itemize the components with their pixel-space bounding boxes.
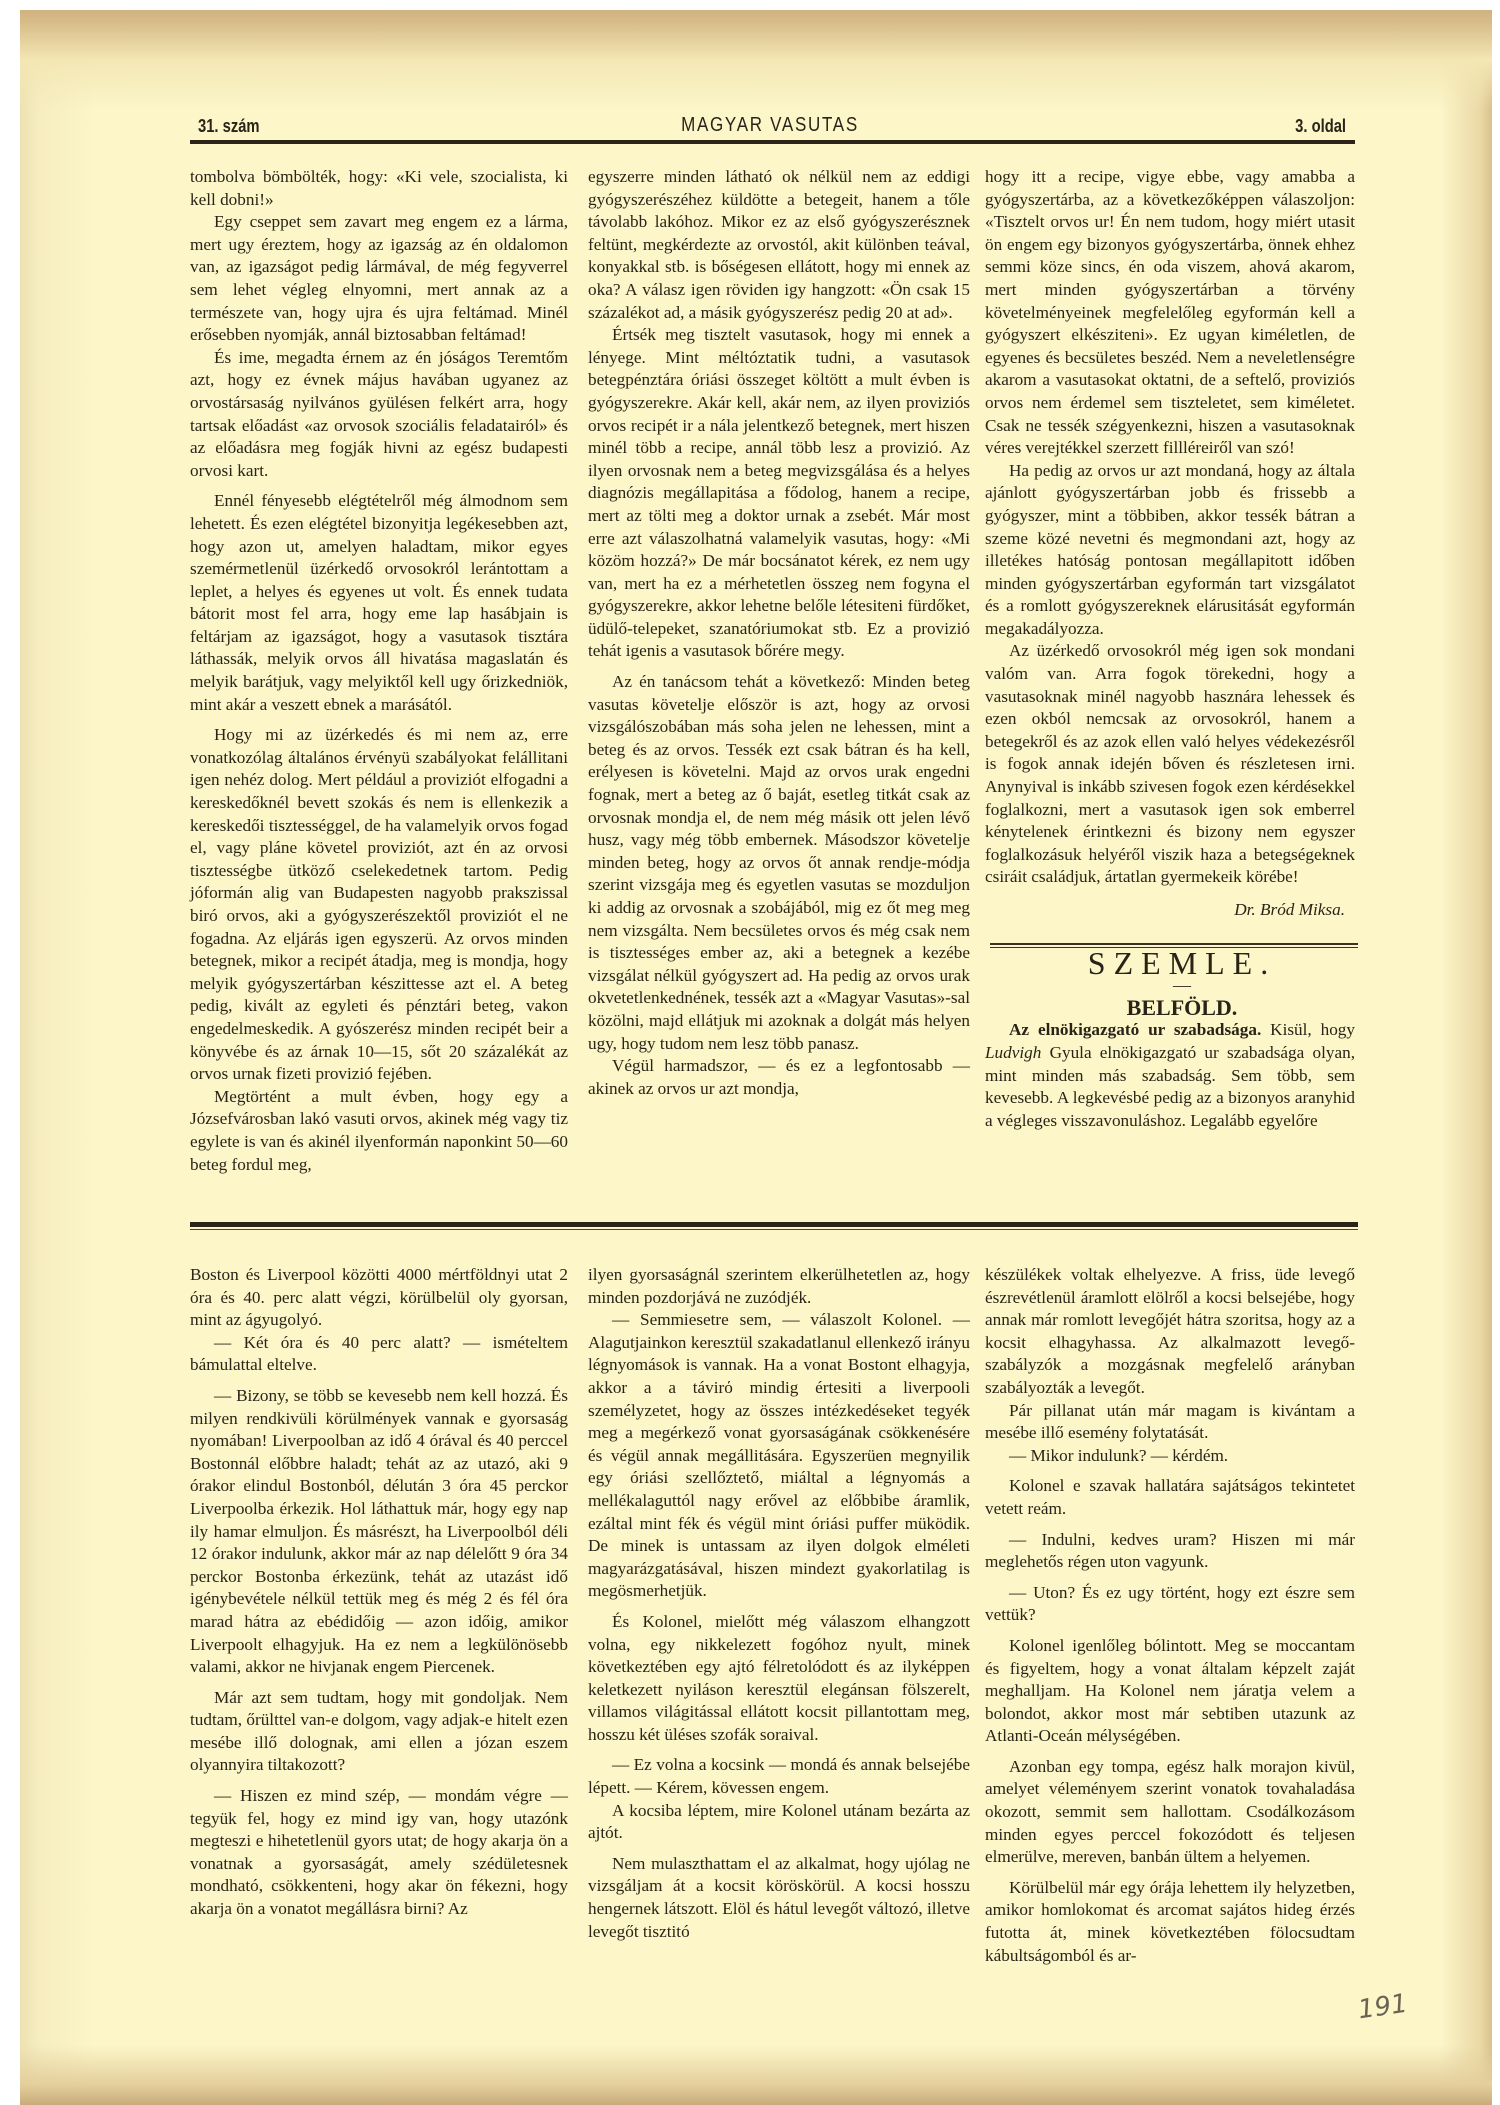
feuilleton-separator	[190, 1222, 1358, 1227]
news-item: Az elnökigazgató ur szabadsága. Kisül, h…	[985, 1019, 1355, 1132]
scan-border-left	[0, 0, 20, 2105]
paragraph: Körülbelül már egy órája lehettem ily he…	[985, 1877, 1355, 1967]
page-number: 3. oldal	[1295, 116, 1346, 137]
paragraph: Hogy mi az üzérkedés és mi nem az, erre …	[190, 724, 568, 1086]
paragraph: tombolva bömbölték, hogy: «Ki vele, szoc…	[190, 166, 568, 211]
bottom-column-1: Boston és Liverpool közötti 4000 mértföl…	[190, 1264, 568, 1921]
news-headline: Az elnökigazgató ur szabadsága.	[1009, 1020, 1261, 1039]
paragraph: És Kolonel, mielőtt még válaszom elhangz…	[588, 1611, 970, 1747]
paragraph: hogy itt a recipe, vigye ebbe, vagy amab…	[985, 166, 1355, 460]
paragraph: — Indulni, kedves uram? Hiszen mi már me…	[985, 1529, 1355, 1574]
feuilleton-separator-thin	[190, 1229, 1358, 1230]
paragraph: Ennél fényesebb elégtételről még álmodno…	[190, 490, 568, 716]
top-column-3: hogy itt a recipe, vigye ebbe, vagy amab…	[985, 166, 1355, 1132]
paragraph: — Uton? És ez ugy történt, hogy ezt észr…	[985, 1582, 1355, 1627]
subsection-title: BELFÖLD.	[985, 997, 1355, 1020]
paragraph: Az én tanácsom tehát a következő: Minden…	[588, 671, 970, 1055]
article-continuation: hogy itt a recipe, vigye ebbe, vagy amab…	[985, 166, 1355, 889]
handwritten-page-note: 191	[1356, 1989, 1409, 2026]
paragraph: Boston és Liverpool közötti 4000 mértföl…	[190, 1264, 568, 1332]
person-name: Ludvigh	[985, 1043, 1041, 1062]
page-header: 31. szám MAGYAR VASUTAS 3. oldal	[190, 110, 1350, 138]
article-end-rule-thin	[990, 947, 1358, 948]
paragraph: — Hiszen ez mind szép, — mondám végre — …	[190, 1785, 568, 1921]
issue-number: 31. szám	[198, 116, 260, 137]
masthead-title: MAGYAR VASUTAS	[277, 114, 1263, 137]
paragraph: Az üzérkedő orvosokról még igen sok mond…	[985, 640, 1355, 889]
paragraph: Egy cseppet sem zavart meg engem ez a lá…	[190, 211, 568, 347]
top-column-1: tombolva bömbölték, hogy: «Ki vele, szoc…	[190, 166, 568, 1176]
paragraph: — Semmiesetre sem, — válaszolt Kolonel. …	[588, 1309, 970, 1603]
section-title: SZEMLE.	[985, 952, 1355, 975]
article-end-rule	[990, 943, 1358, 945]
paragraph: És ime, megadta érnem az én jóságos Tere…	[190, 347, 568, 483]
author-signature: Dr. Bród Miksa.	[985, 899, 1355, 922]
paragraph: Már azt sem tudtam, hogy mit gondoljak. …	[190, 1687, 568, 1777]
paragraph: — Két óra és 40 perc alatt? — ismételtem…	[190, 1332, 568, 1377]
paragraph: Megtörtént a mult évben, hogy egy a Józs…	[190, 1086, 568, 1176]
paragraph: — Ez volna a kocsink — mondá és annak be…	[588, 1754, 970, 1799]
paragraph: Pár pillanat után már magam is kivántam …	[985, 1400, 1355, 1445]
paragraph: ilyen gyorsaságnál szerintem elkerülhete…	[588, 1264, 970, 1309]
paragraph: készülékek voltak elhelyezve. A friss, ü…	[985, 1264, 1355, 1400]
newspaper-page: 31. szám MAGYAR VASUTAS 3. oldal tombolv…	[0, 0, 1500, 2105]
paragraph: Kolonel igenlőleg bólintott. Meg se mocc…	[985, 1635, 1355, 1748]
paragraph: A kocsiba léptem, mire Kolonel utánam be…	[588, 1800, 970, 1845]
paragraph: Értsék meg tisztelt vasutasok, hogy mi e…	[588, 324, 970, 663]
paragraph: — Mikor indulunk? — kérdém.	[985, 1445, 1355, 1468]
top-column-2: egyszerre minden látható ok nélkül nem a…	[588, 166, 970, 1100]
paragraph: Nem mulaszthattam el az alkalmat, hogy u…	[588, 1853, 970, 1943]
paragraph: Kolonel e szavak hallatára sajátságos te…	[985, 1475, 1355, 1520]
scan-border-right	[1492, 0, 1500, 2105]
paragraph: Azonban egy tompa, egész halk morajon ki…	[985, 1756, 1355, 1869]
paragraph: egyszerre minden látható ok nélkül nem a…	[588, 166, 970, 324]
bottom-column-2: ilyen gyorsaságnál szerintem elkerülhete…	[588, 1264, 970, 1943]
bottom-column-3: készülékek voltak elhelyezve. A friss, ü…	[985, 1264, 1355, 1967]
paragraph: — Bizony, se több se kevesebb nem kell h…	[190, 1385, 568, 1679]
paragraph: Ha pedig az orvos ur azt mondaná, hogy a…	[985, 460, 1355, 641]
paragraph: Végül harmadszor, — és ez a legfontosabb…	[588, 1055, 970, 1100]
scan-border-top	[0, 0, 1500, 10]
header-rule	[190, 140, 1355, 144]
